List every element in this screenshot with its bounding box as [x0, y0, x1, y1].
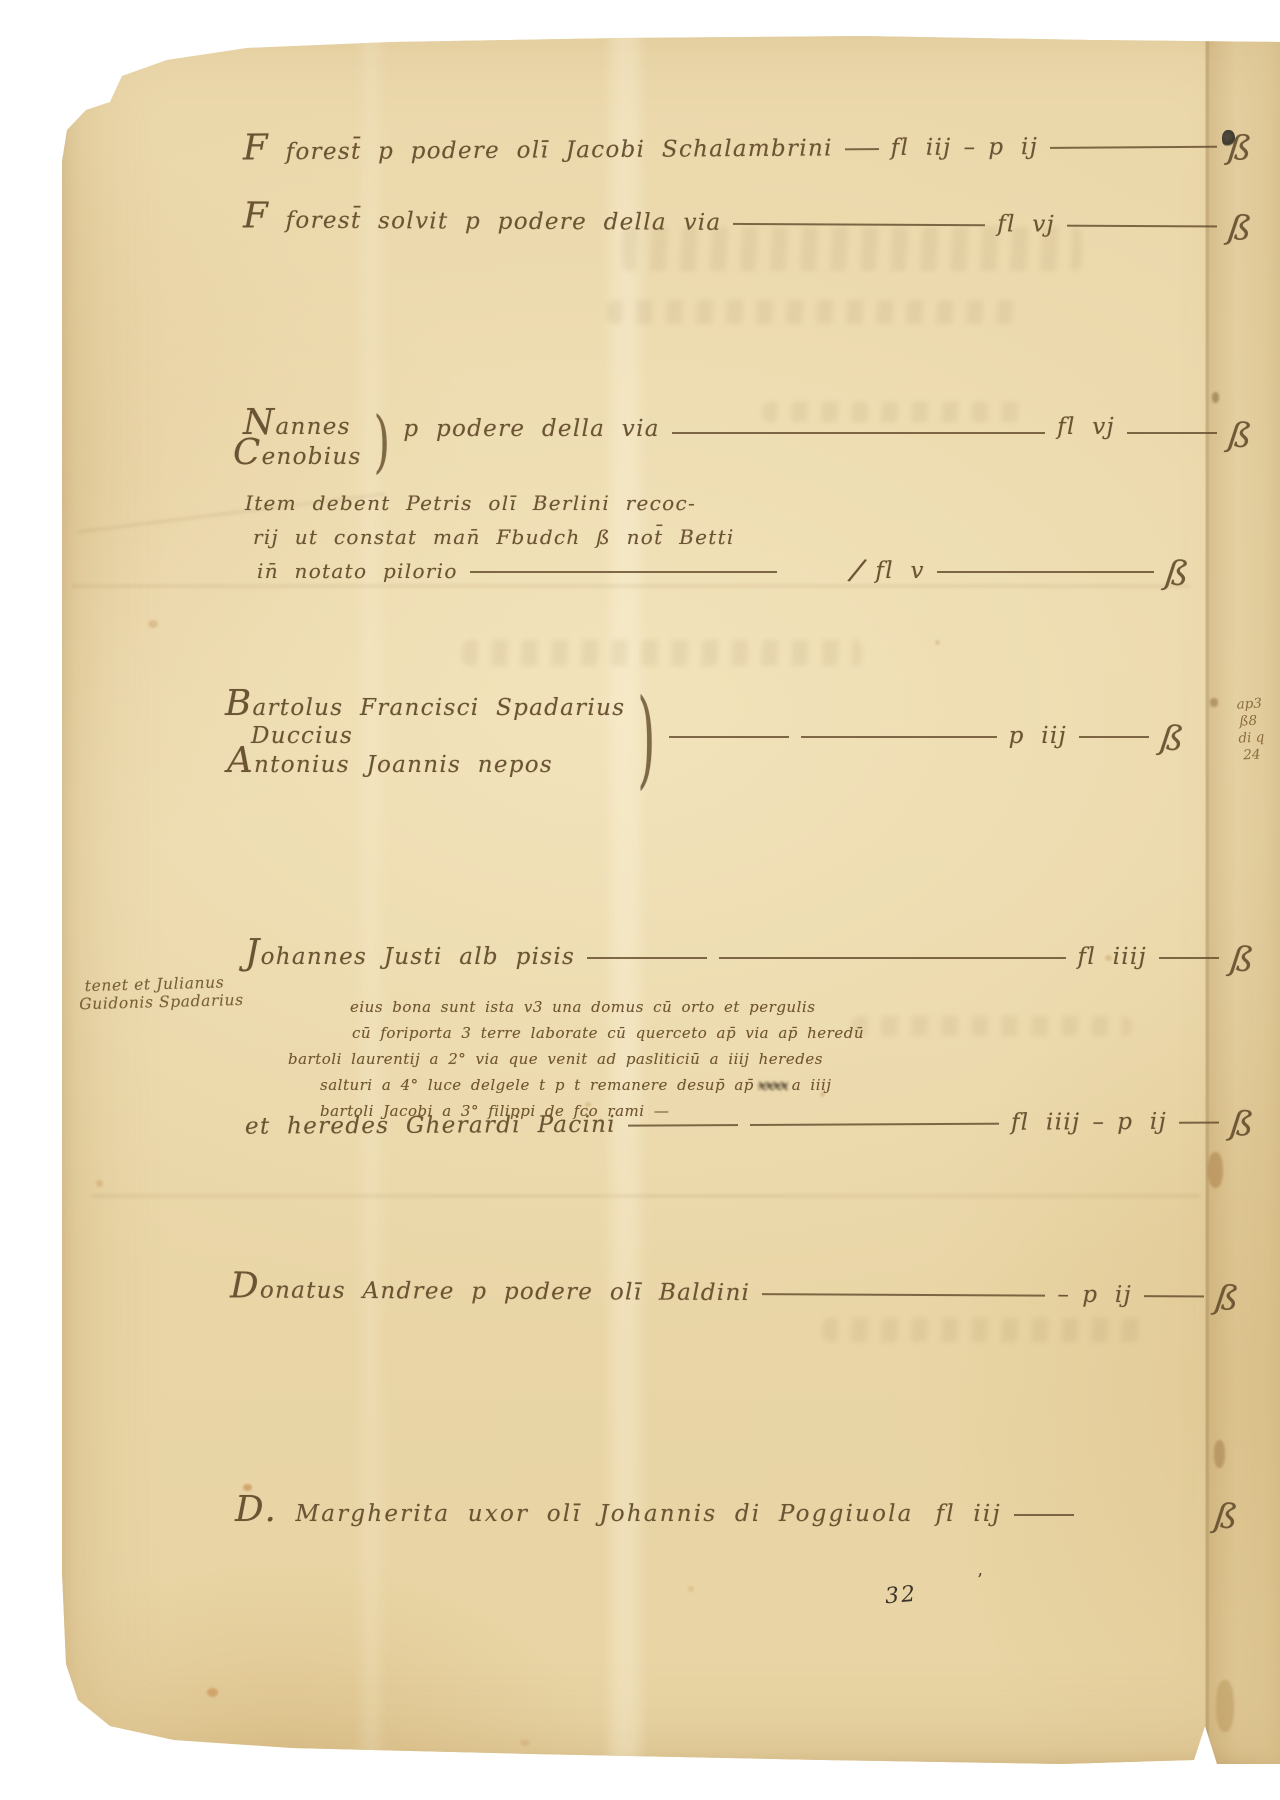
stain [96, 1180, 103, 1187]
rule-dash [628, 1124, 738, 1127]
edge-note-line: ß8 [1239, 712, 1264, 730]
rule-dash [1144, 1295, 1204, 1297]
stain [935, 640, 940, 645]
rule-dash [845, 148, 879, 150]
amount-florins: fl iiij [1011, 1110, 1081, 1137]
stain [1214, 1440, 1225, 1468]
annotation-line: bartoli laurentij a 2° via que venit ad … [288, 1050, 823, 1068]
amount-separator: – [1057, 1282, 1070, 1309]
entry-text: F forest̄ solvit p podere della via [243, 208, 722, 237]
rule-dash [672, 432, 1045, 434]
rule-dash [762, 1293, 1045, 1296]
entry-text: Donatus Andree p podere olī Baldini [230, 1278, 750, 1307]
rule-dash [1067, 224, 1217, 227]
paraph-mark: ß [1226, 416, 1255, 458]
annotation-line: salturi a 4° luce delgele t p t remanere… [320, 1076, 831, 1094]
show-through-text [822, 1318, 1152, 1342]
rule-dash [733, 222, 985, 225]
show-through-text [852, 1016, 1132, 1036]
folio-number: 32 [884, 1582, 918, 1610]
amount-separator: – [1092, 1109, 1105, 1136]
ledger-entry: Item debent Petris olī Berlini recoc- [245, 492, 696, 515]
show-through-text [462, 640, 862, 666]
rule-dash [719, 957, 1065, 959]
edge-note-line: ap3 [1236, 695, 1263, 713]
ledger-entry: Donatus Andree p podere olī Baldini – p … [230, 1271, 1240, 1315]
rule-dash [1127, 432, 1217, 434]
margin-note-right: ap3 ß8 di q 24 [1236, 695, 1265, 764]
debtor-name: Bartolus Francisci Spadarius [225, 695, 625, 721]
debtor-name: Cenobius [233, 444, 362, 470]
entry-text: D. Margherita uxor olī Johannis di Poggi… [235, 1501, 914, 1527]
stain [1208, 1152, 1223, 1188]
scribbled-out-word: xxxx [758, 1076, 788, 1094]
stain [148, 620, 158, 628]
amount-pounds: p ij [1117, 1109, 1167, 1136]
entry-text: rij ut constat man̄ Fbudch ß not̄ Betti [253, 526, 735, 549]
margin-note-line: Guidonis Spadarius [79, 991, 244, 1013]
brace-mark: ) [374, 404, 392, 481]
slash-mark: / [849, 553, 867, 589]
annotation-line: cū foriporta 3 terre laborate cū quercet… [352, 1024, 864, 1042]
entry-text: Johannes Justi alb pisis [245, 944, 575, 970]
paraph-mark: ß [1163, 554, 1192, 596]
entry-amount-row: / fl v ß [852, 552, 1190, 591]
amount-florins: fl iij [936, 1501, 1002, 1527]
stain [520, 1740, 530, 1746]
entry-text: et heredes Gherardi Pacini [245, 1112, 616, 1140]
show-through-text [607, 300, 1027, 324]
paraph-mark: ß [1226, 208, 1255, 250]
folio-tick-mark: ’ [977, 1570, 983, 1591]
entry-text: p podere della via [403, 416, 659, 442]
stain [1216, 1680, 1234, 1732]
entry-text: Item debent Petris olī Berlini recoc- [245, 492, 696, 515]
paraph-mark: ß [1158, 719, 1187, 761]
amount-florins: fl iiij [1078, 944, 1147, 970]
amount-pounds: p ij [1082, 1282, 1132, 1309]
edge-note-line: di q [1238, 729, 1265, 747]
scanned-manuscript: { "page": { "folio_number": "32", "folio… [0, 0, 1280, 1800]
ledger-entry: et heredes Gherardi Pacini fl iiij – p i… [245, 1102, 1255, 1146]
ledger-entry: F forest̄ p podere olī Jacobi Schalambri… [243, 126, 1253, 172]
paraph-mark: ß [1228, 1104, 1256, 1146]
rule-dash [801, 736, 997, 738]
rule-dash [937, 571, 1154, 573]
amount-florins: fl vj [1057, 414, 1115, 440]
rule-dash [1014, 1514, 1074, 1516]
rule-dash [669, 736, 789, 738]
rule-dash [1079, 736, 1149, 738]
ledger-entry: rij ut constat man̄ Fbudch ß not̄ Betti [253, 526, 735, 549]
rule-dash [470, 571, 777, 573]
ledger-entry: F forest̄ solvit p podere della via fl v… [243, 201, 1253, 245]
brace-mark: ) [637, 678, 656, 800]
ledger-entry: in̄ notato pilorio [257, 560, 777, 583]
margin-note-left: tenet et Julianus Guidonis Spadarius [85, 973, 244, 1013]
stain [300, 36, 308, 42]
rule-dash [1159, 957, 1219, 959]
stain [688, 1586, 694, 1592]
rule-dash [587, 957, 707, 959]
horizontal-crease [92, 1195, 1200, 1197]
amount-florins: fl iij [891, 135, 952, 162]
annotation-text: salturi a 4° luce delgele t p t remanere… [320, 1076, 754, 1094]
amount-separator: – [963, 135, 976, 162]
debtor-name: Duccius [251, 723, 625, 749]
amount-florins: fl vj [997, 212, 1055, 239]
rule-dash [1179, 1121, 1219, 1123]
annotation-line: eius bona sunt ista v3 una domus cū orto… [350, 998, 815, 1016]
ledger-entry: Bartolus Francisci Spadarius Duccius Ant… [225, 695, 1185, 778]
entry-text: in̄ notato pilorio [257, 560, 458, 583]
amount-pounds: p iij [1009, 723, 1067, 749]
stain [207, 1688, 218, 1697]
ledger-entry: Nannes Cenobius ) p podere della via fl … [243, 414, 1253, 471]
stain [1210, 698, 1218, 707]
rule-dash [1050, 145, 1217, 148]
ledger-entry: Johannes Justi alb pisis fl iiij ß [245, 938, 1255, 977]
stain [1212, 392, 1219, 403]
paraph-mark: ß [1228, 940, 1257, 982]
entry-text: F forest̄ p podere olī Jacobi Schalambri… [243, 136, 833, 167]
debtor-name: Antonius Joannis nepos [227, 752, 625, 778]
paraph-mark: ß [1212, 1497, 1242, 1539]
edge-note-line: 24 [1243, 746, 1266, 764]
manuscript-page: F forest̄ p podere olī Jacobi Schalambri… [62, 12, 1280, 1764]
ledger-entry: D. Margherita uxor olī Johannis di Poggi… [235, 1495, 1240, 1534]
annotation-text: a iiij [792, 1076, 832, 1094]
amount-pounds: p ij [988, 134, 1038, 161]
amount-florins: fl v [875, 558, 924, 584]
paraph-mark: ß [1213, 1278, 1242, 1320]
paraph-mark: ß [1226, 128, 1254, 170]
rule-dash [750, 1122, 999, 1125]
